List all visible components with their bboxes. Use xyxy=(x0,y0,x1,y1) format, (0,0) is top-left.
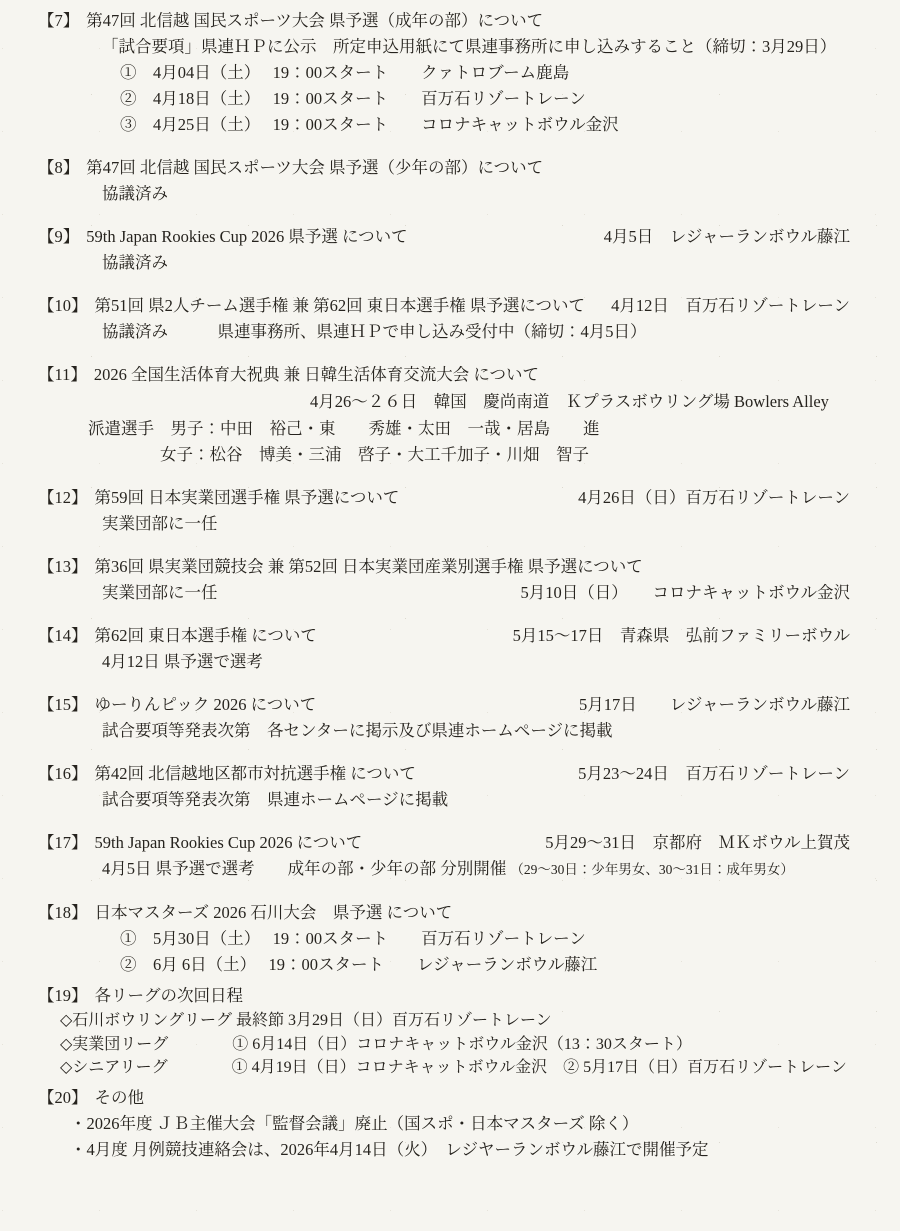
agenda-item-9: 【9】59th Japan Rookies Cup 2026 県予選 について4… xyxy=(38,224,850,276)
item-number: 【7】 xyxy=(38,8,79,34)
line-text: ◇実業団リーグ ① 6月14日（日）コロナキャットボウル金沢（13：30スタート… xyxy=(60,1033,692,1057)
item-number: 【8】 xyxy=(38,155,79,181)
item-line: 実業団部に一任 xyxy=(38,511,850,537)
line-text: 試合要項等発表次第 県連ホームページに掲載 xyxy=(102,787,448,813)
item-line: 協議済み xyxy=(38,181,850,207)
line-date-venue: 5月10日（日） コロナキャットボウル金沢 xyxy=(520,580,850,606)
item-head: 【15】ゆーりんピック 2026 について5月17日 レジャーランボウル藤江 xyxy=(38,692,850,718)
agenda-item-10: 【10】第51回 県2人チーム選手権 兼 第62回 東日本選手権 県予選について… xyxy=(38,293,850,345)
item-head: 【16】第42回 北信越地区都市対抗選手権 について5月23～24日 百万石リゾ… xyxy=(38,761,850,787)
item-date-venue: 5月29～31日 京都府 ＭＫボウル上賀茂 xyxy=(545,830,850,856)
item-head: 【14】第62回 東日本選手権 について5月15～17日 青森県 弘前ファミリー… xyxy=(38,623,850,649)
item-title: 日本マスターズ 2026 石川大会 県予選 について xyxy=(95,900,453,926)
line-text: 実業団部に一任 xyxy=(102,511,218,537)
agenda-item-12: 【12】第59回 日本実業団選手権 県予選について4月26日（日）百万石リゾート… xyxy=(38,485,850,537)
item-number: 【10】 xyxy=(38,293,88,319)
item-line: 女子：松谷 博美・三浦 啓子・大工千加子・川畑 智子 xyxy=(38,442,850,468)
line-text: ① 4月04日（土） 19：00スタート クァトロブーム鹿島 xyxy=(120,60,569,86)
item-title: 各リーグの次回日程 xyxy=(95,983,244,1009)
item-line: 4月26～２６日 韓国 慶尚南道 Ｋプラスボウリング場 Bowlers Alle… xyxy=(38,388,850,416)
item-line: 4月12日 県予選で選考 xyxy=(38,649,850,675)
agenda-item-18: 【18】日本マスターズ 2026 石川大会 県予選 について① 5月30日（土）… xyxy=(38,900,850,978)
item-head: 【13】第36回 県実業団競技会 兼 第52回 日本実業団産業別選手権 県予選に… xyxy=(38,554,850,580)
line-text: 実業団部に一任 xyxy=(102,580,218,606)
item-number: 【9】 xyxy=(38,224,79,250)
line-note: （29～30日：少年男女、30～31日：成年男女） xyxy=(510,857,794,883)
agenda-item-20: 【20】その他・2026年度 ＪＢ主催大会「監督会議」廃止（国スポ・日本マスター… xyxy=(38,1085,850,1163)
item-date-venue: 5月15～17日 青森県 弘前ファミリーボウル xyxy=(513,623,850,649)
item-head: 【17】59th Japan Rookies Cup 2026 について5月29… xyxy=(38,830,850,856)
item-head: 【11】2026 全国生活体育大祝典 兼 日韓生活体育交流大会 について xyxy=(38,362,850,388)
item-head: 【9】59th Japan Rookies Cup 2026 県予選 について4… xyxy=(38,224,850,250)
item-head: 【12】第59回 日本実業団選手権 県予選について4月26日（日）百万石リゾート… xyxy=(38,485,850,511)
meeting-notice-document: 【7】第47回 北信越 国民スポーツ大会 県予選（成年の部）について「試合要項」… xyxy=(0,0,900,1163)
item-title: ゆーりんピック 2026 について xyxy=(95,692,317,718)
item-head: 【10】第51回 県2人チーム選手権 兼 第62回 東日本選手権 県予選について… xyxy=(38,293,850,319)
item-head: 【18】日本マスターズ 2026 石川大会 県予選 について xyxy=(38,900,850,926)
item-title: 第36回 県実業団競技会 兼 第52回 日本実業団産業別選手権 県予選について xyxy=(95,554,643,580)
item-line: 派遣選手 男子：中田 裕己・東 秀雄・太田 一哉・居島 進 xyxy=(38,416,850,442)
item-line: ・4月度 月例競技連絡会は、2026年4月14日（火） レジヤーランボウル藤江で… xyxy=(38,1137,850,1163)
line-text: 協議済み xyxy=(102,250,168,276)
line-text: 「試合要項」県連ＨＰに公示 所定申込用紙にて県連事務所に申し込みすること（締切：… xyxy=(102,34,836,60)
line-text: ③ 4月25日（土） 19：00スタート コロナキャットボウル金沢 xyxy=(120,112,619,138)
line-text: 4月5日 県予選で選考 成年の部・少年の部 分別開催 xyxy=(102,856,510,882)
item-title: 第62回 東日本選手権 について xyxy=(95,623,317,649)
item-line: ◇実業団リーグ ① 6月14日（日）コロナキャットボウル金沢（13：30スタート… xyxy=(38,1033,850,1057)
line-text: 協議済み 県連事務所、県連ＨＰで申し込み受付中（締切：4月5日） xyxy=(102,319,647,345)
item-line: 協議済み xyxy=(38,250,850,276)
item-date-venue: 5月23～24日 百万石リゾートレーン xyxy=(578,761,850,787)
item-number: 【17】 xyxy=(38,830,88,856)
item-date-venue: 5月17日 レジャーランボウル藤江 xyxy=(579,692,850,718)
line-text: 協議済み xyxy=(102,181,168,207)
item-line: ② 4月18日（土） 19：00スタート 百万石リゾートレーン xyxy=(38,86,850,112)
agenda-item-8: 【8】第47回 北信越 国民スポーツ大会 県予選（少年の部）について協議済み xyxy=(38,155,850,207)
item-head: 【20】その他 xyxy=(38,1085,850,1111)
item-number: 【19】 xyxy=(38,983,88,1009)
agenda-item-14: 【14】第62回 東日本選手権 について5月15～17日 青森県 弘前ファミリー… xyxy=(38,623,850,675)
agenda-item-15: 【15】ゆーりんピック 2026 について5月17日 レジャーランボウル藤江試合… xyxy=(38,692,850,744)
agenda-item-19: 【19】各リーグの次回日程◇石川ボウリングリーグ 最終節 3月29日（日）百万石… xyxy=(38,983,850,1080)
line-text: ② 6月 6日（土） 19：00スタート レジャーランボウル藤江 xyxy=(120,952,597,978)
agenda-item-7: 【7】第47回 北信越 国民スポーツ大会 県予選（成年の部）について「試合要項」… xyxy=(38,8,850,138)
agenda-item-16: 【16】第42回 北信越地区都市対抗選手権 について5月23～24日 百万石リゾ… xyxy=(38,761,850,813)
item-number: 【16】 xyxy=(38,761,88,787)
item-number: 【15】 xyxy=(38,692,88,718)
agenda-item-13: 【13】第36回 県実業団競技会 兼 第52回 日本実業団産業別選手権 県予選に… xyxy=(38,554,850,606)
line-text: ・4月度 月例競技連絡会は、2026年4月14日（火） レジヤーランボウル藤江で… xyxy=(70,1137,708,1163)
item-number: 【11】 xyxy=(38,362,87,388)
item-date-venue: 4月12日 百万石リゾートレーン xyxy=(611,293,850,319)
item-title: その他 xyxy=(95,1085,145,1111)
item-line: ◇シニアリーグ ① 4月19日（日）コロナキャットボウル金沢 ② 5月17日（日… xyxy=(38,1056,850,1080)
item-title: 第47回 北信越 国民スポーツ大会 県予選（少年の部）について xyxy=(86,155,543,181)
line-text: ② 4月18日（土） 19：00スタート 百万石リゾートレーン xyxy=(120,86,586,112)
line-text: ◇石川ボウリングリーグ 最終節 3月29日（日）百万石リゾートレーン xyxy=(60,1009,552,1033)
item-line: 「試合要項」県連ＨＰに公示 所定申込用紙にて県連事務所に申し込みすること（締切：… xyxy=(38,34,850,60)
item-line: ② 6月 6日（土） 19：00スタート レジャーランボウル藤江 xyxy=(38,952,850,978)
item-date-venue: 4月5日 レジャーランボウル藤江 xyxy=(604,224,850,250)
line-text: ① 5月30日（土） 19：00スタート 百万石リゾートレーン xyxy=(120,926,586,952)
item-title: 第59回 日本実業団選手権 県予選について xyxy=(95,485,400,511)
item-line: ◇石川ボウリングリーグ 最終節 3月29日（日）百万石リゾートレーン xyxy=(38,1009,850,1033)
item-number: 【14】 xyxy=(38,623,88,649)
item-title: 第51回 県2人チーム選手権 兼 第62回 東日本選手権 県予選について xyxy=(95,293,586,319)
item-line: ① 4月04日（土） 19：00スタート クァトロブーム鹿島 xyxy=(38,60,850,86)
item-line: ① 5月30日（土） 19：00スタート 百万石リゾートレーン xyxy=(38,926,850,952)
agenda-item-17: 【17】59th Japan Rookies Cup 2026 について5月29… xyxy=(38,830,850,883)
item-title: 第47回 北信越 国民スポーツ大会 県予選（成年の部）について xyxy=(86,8,543,34)
item-number: 【20】 xyxy=(38,1085,88,1111)
item-title: 第42回 北信越地区都市対抗選手権 について xyxy=(95,761,416,787)
item-line: 4月5日 県予選で選考 成年の部・少年の部 分別開催 （29～30日：少年男女、… xyxy=(38,856,850,883)
agenda-item-11: 【11】2026 全国生活体育大祝典 兼 日韓生活体育交流大会 について4月26… xyxy=(38,362,850,468)
line-text: 試合要項等発表次第 各センターに掲示及び県連ホームページに掲載 xyxy=(102,718,613,744)
item-title: 59th Japan Rookies Cup 2026 県予選 について xyxy=(86,224,407,250)
item-line: ・2026年度 ＪＢ主催大会「監督会議」廃止（国スポ・日本マスターズ 除く） xyxy=(38,1111,850,1137)
item-head: 【8】第47回 北信越 国民スポーツ大会 県予選（少年の部）について xyxy=(38,155,850,181)
line-text: ・2026年度 ＪＢ主催大会「監督会議」廃止（国スポ・日本マスターズ 除く） xyxy=(70,1111,638,1137)
line-text: 4月12日 県予選で選考 xyxy=(102,649,263,675)
line-text: ◇シニアリーグ ① 4月19日（日）コロナキャットボウル金沢 ② 5月17日（日… xyxy=(60,1056,847,1080)
item-line: ③ 4月25日（土） 19：00スタート コロナキャットボウル金沢 xyxy=(38,112,850,138)
line-text: 派遣選手 男子：中田 裕己・東 秀雄・太田 一哉・居島 進 xyxy=(88,416,600,442)
item-title: 2026 全国生活体育大祝典 兼 日韓生活体育交流大会 について xyxy=(94,362,539,388)
item-head: 【19】各リーグの次回日程 xyxy=(38,983,850,1009)
item-line: 試合要項等発表次第 県連ホームページに掲載 xyxy=(38,787,850,813)
item-number: 【13】 xyxy=(38,554,88,580)
item-date-venue: 4月26日（日）百万石リゾートレーン xyxy=(578,485,850,511)
line-text: 女子：松谷 博美・三浦 啓子・大工千加子・川畑 智子 xyxy=(160,442,589,468)
line-text: 4月26～２６日 韓国 慶尚南道 Ｋプラスボウリング場 Bowlers Alle… xyxy=(310,388,829,416)
item-title: 59th Japan Rookies Cup 2026 について xyxy=(95,830,363,856)
item-number: 【12】 xyxy=(38,485,88,511)
item-line: 試合要項等発表次第 各センターに掲示及び県連ホームページに掲載 xyxy=(38,718,850,744)
item-head: 【7】第47回 北信越 国民スポーツ大会 県予選（成年の部）について xyxy=(38,8,850,34)
item-line: 協議済み 県連事務所、県連ＨＰで申し込み受付中（締切：4月5日） xyxy=(38,319,850,345)
item-number: 【18】 xyxy=(38,900,88,926)
item-line: 実業団部に一任5月10日（日） コロナキャットボウル金沢 xyxy=(38,580,850,606)
